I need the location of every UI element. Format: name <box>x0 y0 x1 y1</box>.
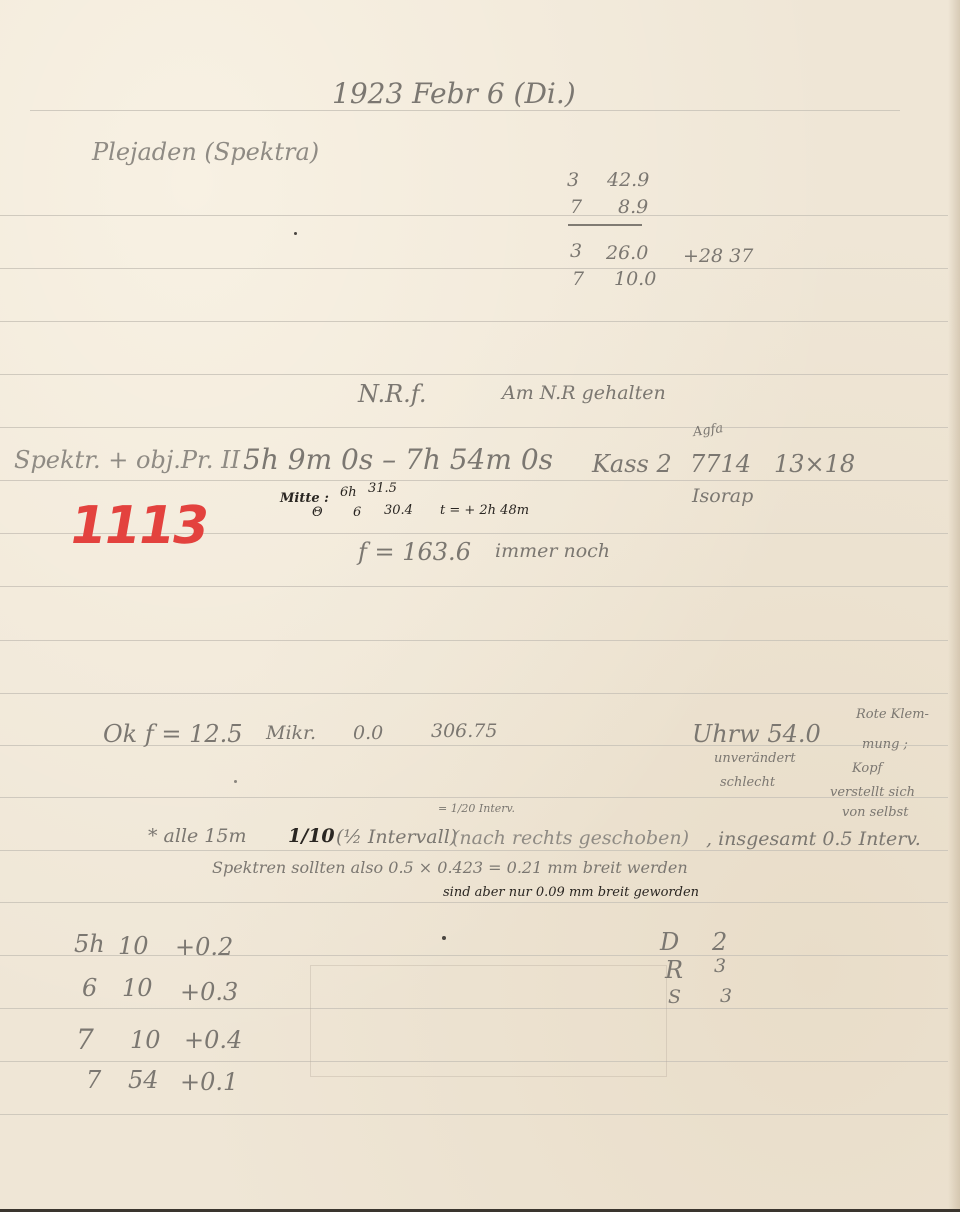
ruled-line <box>0 374 948 375</box>
pencil-dot <box>234 780 237 783</box>
calc-r1-b: 42.9 <box>607 171 649 190</box>
side-note-3: Kopf <box>852 762 882 775</box>
star-interval-total: , insgesamt 0.5 Interv. <box>706 830 921 849</box>
side-note-5: von selbst <box>842 806 908 819</box>
plate-size: 13×18 <box>774 452 855 476</box>
ink-dot <box>442 936 446 940</box>
clock-rate: Uhrw 54.0 <box>692 722 821 746</box>
plate-code: 7714 <box>690 452 751 476</box>
mitte-label: Mitte : <box>280 492 329 505</box>
row-1-hour: 5h <box>74 932 105 956</box>
quality-R-val: 3 <box>714 957 726 976</box>
star-interval-prefix: * alle 15m <box>148 827 247 846</box>
theta-hours: 6 <box>353 506 361 519</box>
nrf-label: N.R.f. <box>358 382 426 406</box>
page-edge <box>948 0 960 1212</box>
spectra-actual: sind aber nur 0.09 mm breit geworden <box>443 886 699 899</box>
calc-r3-a: 3 <box>570 242 582 261</box>
plate-brand: Agfa <box>692 422 724 439</box>
mitte-hours: 6h <box>340 486 357 499</box>
clock-note-2: schlecht <box>720 776 775 789</box>
bleed-through-box <box>310 965 667 1077</box>
ruled-line <box>0 850 948 851</box>
side-note-4: verstellt sich <box>830 786 915 799</box>
quality-S-val: 3 <box>720 987 732 1006</box>
calc-r3-c: +28 37 <box>683 247 753 266</box>
row-1-val: +0.2 <box>175 935 233 959</box>
ruled-line <box>0 215 948 216</box>
calc-r2-b: 8.9 <box>618 198 648 217</box>
theta-label: Θ <box>312 506 323 519</box>
focus-note: immer noch <box>495 542 610 561</box>
nr-note: Am N.R gehalten <box>502 384 666 403</box>
notebook-page: 1923 Febr 6 (Di.) Plejaden (Spektra) 3 4… <box>0 0 960 1212</box>
row-3-min: 10 <box>130 1028 161 1052</box>
cassette-label: Kass 2 <box>592 452 672 476</box>
ruled-line <box>0 902 948 903</box>
calc-r1-a: 3 <box>567 171 579 190</box>
row-1-min: 10 <box>118 934 149 958</box>
micrometer-label: Mikr. <box>266 724 316 743</box>
row-2-val: +0.3 <box>180 980 238 1004</box>
theta-minutes: 30.4 <box>384 504 413 517</box>
calc-r4-b: 10.0 <box>614 270 656 289</box>
ruled-line <box>0 693 948 694</box>
row-3-hour: 7 <box>76 1026 94 1054</box>
focus-value: f = 163.6 <box>358 540 471 564</box>
ruled-line <box>0 427 948 428</box>
mitte-minutes: 31.5 <box>368 482 397 495</box>
row-2-hour: 6 <box>82 976 97 1000</box>
ocular-focus: Ok f = 12.5 <box>103 722 243 746</box>
exposure-time-range: 5h 9m 0s – 7h 54m 0s <box>243 446 553 474</box>
ruled-line <box>30 110 900 111</box>
calc-r4-a: 7 <box>572 270 584 289</box>
ink-dot <box>294 232 297 235</box>
star-interval-fraction: 1/10 <box>288 827 335 846</box>
side-note-1: Rote Klem- <box>856 708 929 721</box>
entry-date: 1923 Febr 6 (Di.) <box>332 80 576 108</box>
t-value: t = + 2h 48m <box>440 504 529 517</box>
ruled-line <box>0 640 948 641</box>
calc-r3-b: 26.0 <box>606 244 648 263</box>
row-3-val: +0.4 <box>184 1028 242 1052</box>
ruled-line <box>0 321 948 322</box>
quality-R-key: R <box>665 958 683 982</box>
ruled-line <box>0 586 948 587</box>
calc-underline <box>568 224 642 226</box>
row-4-min: 54 <box>128 1068 159 1092</box>
micrometer-value: 0.0 <box>353 724 383 743</box>
star-interval-above: = 1/20 Interv. <box>438 803 515 814</box>
star-interval-paren: (½ Intervall) <box>336 828 457 847</box>
side-note-2: mung ; <box>862 738 908 751</box>
ruled-line <box>0 268 948 269</box>
micrometer-value-2: 306.75 <box>431 722 497 741</box>
plate-type: Isorap <box>692 487 753 506</box>
quality-D-val: 2 <box>712 930 727 954</box>
star-interval-bracket: (nach rechts geschoben) <box>452 829 689 848</box>
row-4-hour: 7 <box>86 1068 101 1092</box>
row-4-val: +0.1 <box>180 1070 238 1094</box>
calc-r2-a: 7 <box>570 198 582 217</box>
quality-D-key: D <box>660 930 679 954</box>
clock-note-1: unverändert <box>714 752 796 765</box>
row-2-min: 10 <box>122 976 153 1000</box>
instrument-label: Spektr. + obj.Pr. II <box>14 448 240 472</box>
object-title: Plejaden (Spektra) <box>92 140 319 164</box>
ruled-line <box>0 797 948 798</box>
spectra-expected: Spektren sollten also 0.5 × 0.423 = 0.21… <box>212 860 688 876</box>
plate-number-red: 1113 <box>65 500 211 552</box>
ruled-line <box>0 480 948 481</box>
ruled-line <box>0 1114 948 1115</box>
quality-S-key: S <box>668 988 681 1007</box>
